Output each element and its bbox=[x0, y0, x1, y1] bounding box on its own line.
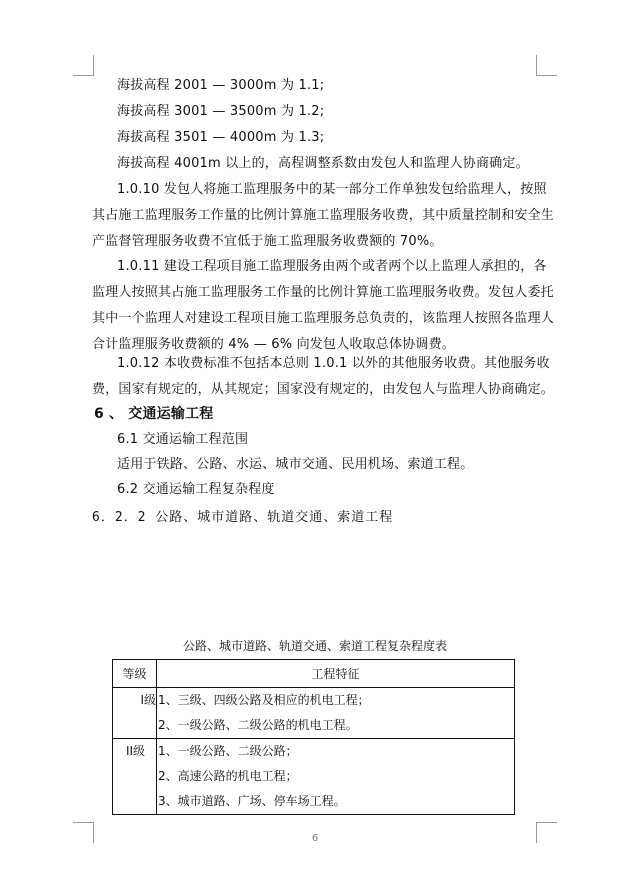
clause-1-0-12-line: 费，国家有规定的，从其规定；国家没有规定的，由发包人与监理人协商确定。 bbox=[92, 382, 554, 398]
grade-cell: II级 bbox=[113, 739, 157, 815]
table-caption: 公路、城市道路、轨道交通、索道工程复杂程度表 bbox=[0, 638, 630, 654]
clause-1-0-11-line: 监理人按照其占施工监理服务工作量的比例计算施工监理服务收费。发包人委托 bbox=[92, 285, 554, 301]
feature-item: 2、一级公路、二级公路的机电工程。 bbox=[157, 713, 514, 738]
clause-1-0-11-line: 1.0.11 建设工程项目施工监理服务由两个或者两个以上监理人承担的，各 bbox=[117, 259, 547, 275]
feature-item: 3、城市道路、广场、停车场工程。 bbox=[157, 789, 514, 814]
feature-item: 2、高速公路的机电工程； bbox=[157, 764, 514, 789]
crop-mark-top-right bbox=[536, 55, 557, 76]
feature-item: 1、一级公路、二级公路； bbox=[157, 739, 514, 764]
section-6-2-2-title: 6．2．2 公路、城市道路、轨道交通、索道工程 bbox=[92, 510, 393, 526]
clause-1-0-10-line: 1.0.10 发包人将施工监理服务中的某一部分工作单独发包给监理人，按照 bbox=[117, 182, 547, 198]
header-grade: 等级 bbox=[113, 660, 157, 688]
clause-1-0-10-line: 其占施工监理服务工作量的比例计算施工监理服务收费，其中质量控制和安全生 bbox=[92, 208, 554, 224]
page-number: 6 bbox=[0, 833, 630, 844]
table-header-row: 等级 工程特征 bbox=[113, 660, 515, 688]
features-cell: 1、三级、四级公路及相应的机电工程； 2、一级公路、二级公路的机电工程。 bbox=[157, 688, 515, 739]
features-cell: 1、一级公路、二级公路； 2、高速公路的机电工程； 3、城市道路、广场、停车场工… bbox=[157, 739, 515, 815]
clause-1-0-11-line: 合计监理服务收费额的 4% — 6% 向发包人收取总体协调费。 bbox=[92, 337, 455, 353]
altitude-line: 海拔高程 3001 — 3500m 为 1.2; bbox=[117, 104, 324, 120]
clause-1-0-10-line: 产监督管理服务收费不宜低于施工监理服务收费额的 70%。 bbox=[92, 234, 443, 250]
grade-cell: I级 bbox=[113, 688, 157, 739]
complexity-table: 等级 工程特征 I级 1、三级、四级公路及相应的机电工程； 2、一级公路、二级公… bbox=[112, 659, 515, 815]
altitude-line: 海拔高程 3501 — 4000m 为 1.3; bbox=[117, 130, 324, 146]
header-features: 工程特征 bbox=[157, 660, 515, 688]
altitude-line: 海拔高程 2001 — 3000m 为 1.1; bbox=[117, 78, 324, 94]
section-6-2-title: 6.2 交通运输工程复杂程度 bbox=[117, 482, 275, 498]
table-row: I级 1、三级、四级公路及相应的机电工程； 2、一级公路、二级公路的机电工程。 bbox=[113, 688, 515, 739]
crop-mark-top-left bbox=[73, 55, 94, 76]
altitude-line: 海拔高程 4001m 以上的，高程调整系数由发包人和监理人协商确定。 bbox=[117, 156, 529, 172]
section-6-heading: 6 、 交通运输工程 bbox=[94, 406, 214, 422]
table-row: II级 1、一级公路、二级公路； 2、高速公路的机电工程； 3、城市道路、广场、… bbox=[113, 739, 515, 815]
section-6-1-title: 6.1 交通运输工程范围 bbox=[117, 432, 248, 448]
clause-1-0-12-line: 1.0.12 本收费标准不包括本总则 1.0.1 以外的其他服务收费。其他服务收 bbox=[117, 356, 550, 372]
feature-item: 1、三级、四级公路及相应的机电工程； bbox=[157, 688, 514, 713]
clause-1-0-11-line: 其中一个监理人对建设工程项目施工监理服务总负责的，该监理人按照各监理人 bbox=[92, 311, 554, 327]
section-6-1-body: 适用于铁路、公路、水运、城市交通、民用机场、索道工程。 bbox=[117, 457, 473, 473]
